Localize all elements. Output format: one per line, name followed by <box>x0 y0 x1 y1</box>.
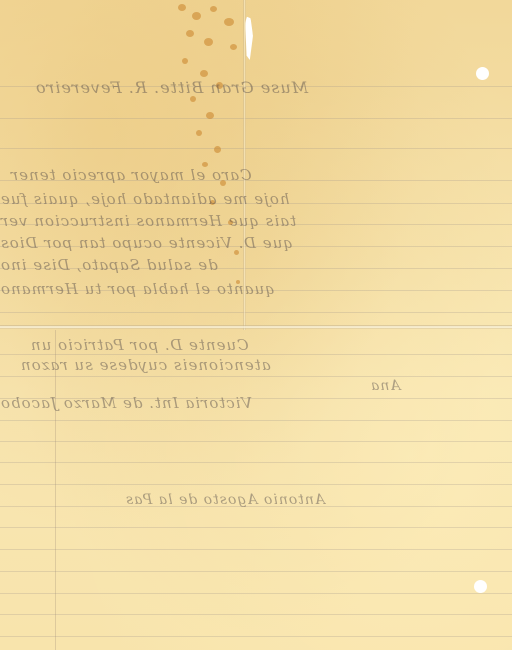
ruled-line <box>0 484 512 485</box>
horizontal-fold <box>0 325 512 329</box>
stain <box>230 44 237 50</box>
ruled-line <box>0 527 512 528</box>
stain <box>192 12 201 20</box>
stain <box>178 4 186 11</box>
text-line: Victoria Int. de Marzo Jacobo <box>0 394 252 412</box>
ruled-line <box>0 354 512 355</box>
text-line: tais que Hermanos instruccion ver <box>0 212 296 230</box>
stain <box>206 112 214 119</box>
paper-tear <box>245 16 253 60</box>
ruled-line <box>0 376 512 377</box>
ruled-line <box>0 312 512 313</box>
stain <box>200 70 208 77</box>
heading-line: Muse Gran Bitte. R. Fevereiro <box>35 78 308 97</box>
letter-page: Muse Gran Bitte. R. Fevereiro Caro el ma… <box>0 0 512 650</box>
punch-hole <box>474 580 487 593</box>
ruled-line <box>0 614 512 615</box>
text-line: hoje me adiantado hoje, quais fue <box>0 190 290 208</box>
ruled-line <box>0 636 512 637</box>
stain <box>186 30 194 37</box>
ruled-line <box>0 118 512 119</box>
margin-line <box>55 330 56 650</box>
ruled-line <box>0 420 512 421</box>
text-line: quanto el habla por tu Hermano <box>0 280 275 298</box>
text-line: Caro el mayor aprecio tener <box>10 166 252 184</box>
text-line: Ana <box>370 378 400 394</box>
text-line: Cuente D. por Patricio un <box>30 336 249 354</box>
ruled-line <box>0 593 512 594</box>
text-line: de salud Sapato, Dise ino <box>0 256 218 274</box>
ruled-line <box>0 462 512 463</box>
stain <box>210 6 217 12</box>
text-line: que D. Vicente ocupo tan por Dios <box>0 234 293 252</box>
stain <box>182 58 188 64</box>
stain <box>214 146 221 153</box>
punch-hole <box>476 67 489 80</box>
stain <box>196 130 202 136</box>
stain <box>204 38 213 46</box>
signature-line: Antonio Agosto de la Pas <box>125 492 325 508</box>
text-line: atencioneis cuydese su razon <box>20 356 271 374</box>
ruled-line <box>0 571 512 572</box>
stain <box>224 18 234 26</box>
ruled-line <box>0 148 512 149</box>
ruled-line <box>0 549 512 550</box>
ruled-line <box>0 441 512 442</box>
